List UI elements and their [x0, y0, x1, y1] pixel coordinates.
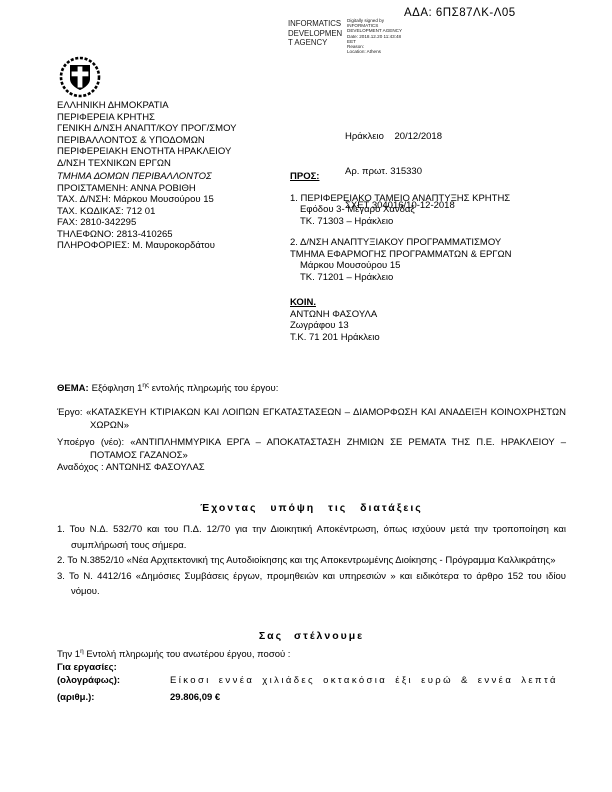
sender-line: ΠΛΗΡΟΦΟΡΙΕΣ: Μ. Μαυροκορδάτου: [57, 240, 287, 252]
koin-line: Ζωγράφου 13: [290, 320, 570, 332]
authority-line: ΕΛΛΗΝΙΚΗ ΔΗΜΟΚΡΑΤΙΑ: [57, 100, 287, 112]
sender-line: ΤΗΛΕΦΩΝΟ: 2813-410265: [57, 229, 287, 241]
amount-words-label: (ολογράφως):: [57, 674, 170, 687]
sender-line: ΠΡΟΙΣΤΑΜΕΝΗ: ΑΝΝΑ ΡΟΒΙΘΗ: [57, 183, 287, 195]
signature-details: Digitally signed by INFORMATICS DEVELOPM…: [347, 18, 417, 54]
recipient-line: ΤΚ. 71303 – Ηράκλειο: [300, 216, 570, 228]
ada-code: ΑΔΑ: 6ΠΣ87ΛΚ-Λ05: [404, 8, 516, 20]
project-title: Έργο: «ΚΑΤΑΣΚΕΥΗ ΚΤΙΡΙΑΚΩΝ ΚΑΙ ΛΟΙΠΩΝ ΕΓ…: [57, 407, 566, 432]
closing-block: Την 1η Εντολή πληρωμής του ανωτέρου έργο…: [57, 648, 567, 704]
authority-line: Δ/ΝΣΗ ΤΕΧΝΙΚΩΝ ΕΡΓΩΝ: [57, 158, 287, 170]
sender-line: ΤΑΧ. ΚΩΔΙΚΑΣ: 712 01: [57, 206, 287, 218]
amount-numeric-label: (αριθμ.):: [57, 691, 170, 704]
signature-agency-line: T AGENCY: [288, 38, 346, 48]
place-date: Ηράκλειο 20/12/2018: [345, 131, 565, 143]
closing-intro: Την 1η Εντολή πληρωμής του ανωτέρου έργο…: [57, 648, 567, 661]
subject-line: ΘΕΜΑ:Εξόφληση 1ης εντολής πληρωμής του έ…: [57, 383, 567, 395]
contractor-name: ΑΝΤΩΝΗΣ ΦΑΣΟΥΛΑΣ: [106, 462, 205, 473]
recipient-line: 1. ΠΕΡΙΦΕΡΕΙΑΚΟ ΤΑΜΕΙΟ ΑΝΑΠΤΥΞΗΣ ΚΡΗΤΗΣ: [290, 193, 570, 205]
sender-contact-block: ΤΜΗΜΑ ΔΟΜΩΝ ΠΕΡΙΒΑΛΛΟΝΤΟΣ ΠΡΟΙΣΤΑΜΕΝΗ: Α…: [57, 171, 287, 252]
recipient-line: Εφόδου 3- Μέγαρο Χάνδαξ: [300, 204, 570, 216]
sender-department: ΤΜΗΜΑ ΔΟΜΩΝ ΠΕΡΙΒΑΛΛΟΝΤΟΣ: [57, 171, 287, 183]
recipient-1: 1. ΠΕΡΙΦΕΡΕΙΑΚΟ ΤΑΜΕΙΟ ΑΝΑΠΤΥΞΗΣ ΚΡΗΤΗΣ …: [290, 193, 570, 228]
contractor-label: Αναδόχος :: [57, 462, 106, 473]
sender-line: ΤΑΧ. Δ/ΝΣΗ: Μάρκου Μουσούρου 15: [57, 194, 287, 206]
signature-agency-stamp: INFORMATICS DEVELOPMEN T AGENCY: [288, 19, 346, 48]
legal-heading: Έχοντας υπόψη τις διατάξεις: [57, 503, 566, 515]
sender-line: FAX: 2810-342295: [57, 217, 287, 229]
project-title-label: Έργο:: [57, 407, 86, 418]
for-works-label: Για εργασίες:: [57, 661, 567, 674]
send-heading: Σας στέλνουμε: [57, 631, 566, 643]
legal-list: 1. Του Ν.Δ. 532/70 και του Π.Δ. 12/70 γι…: [57, 522, 566, 600]
recipient-line: ΤΜΗΜΑ ΕΦΑΡΜΟΓΗΣ ΠΡΟΓΡΑΜΜΑΤΩΝ & ΕΡΓΩΝ: [290, 249, 570, 261]
koin-line: Τ.Κ. 71 201 Ηράκλειο: [290, 332, 570, 344]
amount-words-value: Είκοσι εννέα χιλιάδες οκτακόσια έξι ευρώ…: [170, 674, 567, 687]
subproject-title: Υποέργο (νέο): «ΑΝΤΙΠΛΗΜΜΥΡΙΚΑ ΕΡΓΑ – ΑΠ…: [57, 437, 566, 462]
legal-item: 1. Του Ν.Δ. 532/70 και του Π.Δ. 12/70 γι…: [57, 522, 566, 553]
koin-block: ΚΟΙΝ. ΑΝΤΩΝΗ ΦΑΣΟΥΛΑ Ζωγράφου 13 Τ.Κ. 71…: [290, 297, 570, 343]
amount-numeric-value: 29.806,09 €: [170, 691, 567, 704]
subproject-text: «ΑΝΤΙΠΛΗΜΜΥΡΙΚΑ ΕΡΓΑ – ΑΠΟΚΑΤΑΣΤΑΣΗ ΖΗΜΙ…: [90, 437, 566, 461]
project-title-text: «ΚΑΤΑΣΚΕΥΗ ΚΤΙΡΙΑΚΩΝ ΚΑΙ ΛΟΙΠΩΝ ΕΓΚΑΤΑΣΤ…: [86, 407, 566, 431]
authority-line: ΠΕΡΙΦΕΡΕΙΑΚΗ ΕΝΟΤΗΤΑ ΗΡΑΚΛΕΙΟΥ: [57, 146, 287, 158]
signature-agency-line: DEVELOPMEN: [288, 29, 346, 39]
project-block: Έργο: «ΚΑΤΑΣΚΕΥΗ ΚΤΙΡΙΑΚΩΝ ΚΑΙ ΛΟΙΠΩΝ ΕΓ…: [57, 407, 566, 475]
recipient-line: 2. Δ/ΝΣΗ ΑΝΑΠΤΥΞΙΑΚΟΥ ΠΡΟΓΡΑΜΜΑΤΙΣΜΟΥ: [290, 237, 570, 249]
subject-label: ΘΕΜΑ:: [57, 383, 89, 394]
recipient-line: Μάρκου Μουσούρου 15: [300, 260, 570, 272]
authority-line: ΠΕΡΙΒΑΛΛΟΝΤΟΣ & ΥΠΟΔΟΜΩΝ: [57, 135, 287, 147]
legal-item: 2. Το Ν.3852/10 «Νέα Αρχιτεκτονική της Α…: [57, 553, 566, 569]
subject-text: Εξόφληση 1: [92, 383, 143, 394]
closing-intro-text: Την 1: [57, 649, 80, 660]
recipient-2: 2. Δ/ΝΣΗ ΑΝΑΠΤΥΞΙΑΚΟΥ ΠΡΟΓΡΑΜΜΑΤΙΣΜΟΥ ΤΜ…: [290, 237, 570, 283]
document-page: ΑΔΑ: 6ΠΣ87ΛΚ-Λ05 INFORMATICS DEVELOPMEN …: [0, 0, 612, 792]
pros-label: ΠΡΟΣ:: [290, 171, 319, 182]
recipient-line: ΤΚ. 71201 – Ηράκλειο: [300, 272, 570, 284]
signature-agency-line: INFORMATICS: [288, 19, 346, 29]
authority-line: ΓΕΝΙΚΗ Δ/ΝΣΗ ΑΝΑΠΤ/ΚΟΥ ΠΡΟΓ/ΣΜΟΥ: [57, 123, 287, 135]
greek-coat-of-arms-icon: [57, 56, 103, 106]
closing-intro-text: Εντολή πληρωμής του ανωτέρου έργου, ποσο…: [84, 649, 291, 660]
authority-header: ΕΛΛΗΝΙΚΗ ΔΗΜΟΚΡΑΤΙΑ ΠΕΡΙΦΕΡΕΙΑ ΚΡΗΤΗΣ ΓΕ…: [57, 100, 287, 169]
recipients-block: ΠΡΟΣ: 1. ΠΕΡΙΦΕΡΕΙΑΚΟ ΤΑΜΕΙΟ ΑΝΑΠΤΥΞΗΣ Κ…: [290, 171, 570, 353]
contractor-line: Αναδόχος : ΑΝΤΩΝΗΣ ΦΑΣΟΥΛΑΣ: [57, 462, 566, 475]
signature-detail-line: Location: Athens: [347, 49, 417, 54]
subproject-label: Υποέργο (νέο):: [57, 437, 130, 448]
subject-text: εντολής πληρωμής του έργου:: [149, 383, 278, 394]
legal-item: 3. Το Ν. 4412/16 «Δημόσιες Συμβάσεις έργ…: [57, 569, 566, 600]
koin-label: ΚΟΙΝ.: [290, 297, 316, 308]
authority-line: ΠΕΡΙΦΕΡΕΙΑ ΚΡΗΤΗΣ: [57, 112, 287, 124]
koin-line: ΑΝΤΩΝΗ ΦΑΣΟΥΛΑ: [290, 309, 570, 321]
